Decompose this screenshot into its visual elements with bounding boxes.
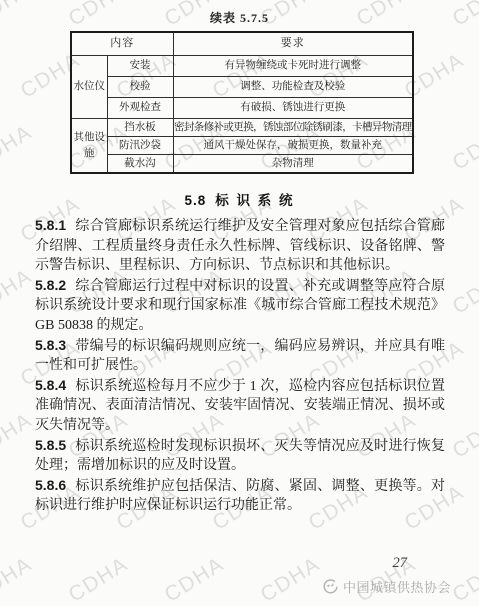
clause-text: 带编号的标识编码规则应统一，编码应易辨识，并应具有唯一性和可扩展性。 xyxy=(35,339,445,374)
section-heading: 5.8标 识 系 统 xyxy=(0,189,479,209)
requirement-cell: 通风干燥处保存，破损更换，数量补充 xyxy=(173,137,413,155)
document-page: CDHACDHACDHACDHACDHACDHACDHACDHACDHACDHA… xyxy=(0,0,479,606)
footer: 中国城镇供热协会 xyxy=(322,577,451,596)
table-row: 外观检查 有破损、锈蚀进行更换 xyxy=(71,98,413,119)
clause-5-8-5: 5.8.5标识系统巡检时发现标识损坏、灭失等情况应及时进行恢复处理；需增加标识的… xyxy=(35,436,445,476)
clause-list: 5.8.1综合管廊标识系统运行维护及安全管理对象应包括综合管廊介绍牌、工程质量终… xyxy=(35,216,445,516)
clause-5-8-1: 5.8.1综合管廊标识系统运行维护及安全管理对象应包括综合管廊介绍牌、工程质量终… xyxy=(35,216,445,276)
watermark-text: CDHA xyxy=(449,552,479,606)
table-header-row: 内容 要求 xyxy=(71,32,413,56)
clause-number: 5.8.4 xyxy=(35,377,66,393)
item-cell: 防汛沙袋 xyxy=(107,137,173,155)
clause-5-8-3: 5.8.3带编号的标识编码规则应统一，编码应易辨识，并应具有唯一性和可扩展性。 xyxy=(35,336,445,376)
header-cell-requirement: 要求 xyxy=(173,32,413,56)
table-row: 防汛沙袋 通风干燥处保存，破损更换，数量补充 xyxy=(71,137,413,155)
clause-text: 标识系统巡检每月不应少于 1 次，巡检内容应包括标识位置准确情况、表面清洁情况、… xyxy=(35,379,445,433)
table-row: 水位仪 安装 有异物缠绕或卡死时进行调整 xyxy=(71,56,413,77)
watermark-text: CDHA xyxy=(161,552,229,606)
section-number: 5.8 xyxy=(184,193,206,208)
watermark-text: CDHA xyxy=(257,552,325,606)
requirement-cell: 有破损、锈蚀进行更换 xyxy=(173,98,413,119)
page-number: 27 xyxy=(393,555,408,572)
group-label-cell: 水位仪 xyxy=(71,56,107,119)
watermark-text: CDHA xyxy=(0,552,37,606)
clause-5-8-2: 5.8.2综合管廊运行过程中对标识的设置、补充或调整等应符合原标识系统设计要求和… xyxy=(35,276,445,336)
maintenance-table: 内容 要求 水位仪 安装 有异物缠绕或卡死时进行调整 校验 调整、功能检查及校验… xyxy=(70,31,414,174)
clause-5-8-6: 5.8.6标识系统维护应包括保洁、防腐、紧固、调整、更换等。对标识进行维护时应保… xyxy=(35,476,445,516)
clause-number: 5.8.5 xyxy=(35,437,66,453)
clause-number: 5.8.2 xyxy=(35,277,66,293)
cdha-logo-icon xyxy=(322,578,339,595)
clause-text: 标识系统维护应包括保洁、防腐、紧固、调整、更换等。对标识进行维护时应保证标识运行… xyxy=(35,479,445,514)
clause-text: 综合管廊运行过程中对标识的设置、补充或调整等应符合原标识系统设计要求和现行国家标… xyxy=(35,279,445,333)
clause-text: 综合管廊标识系统运行维护及安全管理对象应包括综合管廊介绍牌、工程质量终身责任永久… xyxy=(35,219,445,273)
item-cell: 外观检查 xyxy=(107,98,173,119)
item-cell: 挡水板 xyxy=(107,119,173,137)
watermark-text: CDHA xyxy=(65,552,133,606)
requirement-cell: 杂物清理 xyxy=(173,155,413,174)
table-row: 校验 调整、功能检查及校验 xyxy=(71,77,413,98)
item-cell: 安装 xyxy=(107,56,173,77)
table-row: 截水沟 杂物清理 xyxy=(71,155,413,174)
requirement-cell: 有异物缠绕或卡死时进行调整 xyxy=(173,56,413,77)
item-cell: 校验 xyxy=(107,77,173,98)
clause-number: 5.8.6 xyxy=(35,477,66,493)
clause-number: 5.8.1 xyxy=(35,217,66,233)
section-title: 标 识 系 统 xyxy=(215,193,294,208)
table-row: 其他设施 挡水板 密封条修补或更换，锈蚀部位除锈刷漆，卡槽异物清理 xyxy=(71,119,413,137)
clause-text: 标识系统巡检时发现标识损坏、灭失等情况应及时进行恢复处理；需增加标识的应及时设置… xyxy=(35,439,445,474)
clause-5-8-4: 5.8.4标识系统巡检每月不应少于 1 次，巡检内容应包括标识位置准确情况、表面… xyxy=(35,376,445,436)
clause-number: 5.8.3 xyxy=(35,337,66,353)
requirement-cell: 密封条修补或更换，锈蚀部位除锈刷漆，卡槽异物清理 xyxy=(173,119,413,137)
item-cell: 截水沟 xyxy=(107,155,173,174)
requirement-cell: 调整、功能检查及校验 xyxy=(173,77,413,98)
header-cell-content: 内容 xyxy=(71,32,173,56)
table-caption: 续表 5.7.5 xyxy=(0,0,479,26)
footer-organization: 中国城镇供热协会 xyxy=(343,577,451,596)
group-label-cell: 其他设施 xyxy=(71,119,107,174)
